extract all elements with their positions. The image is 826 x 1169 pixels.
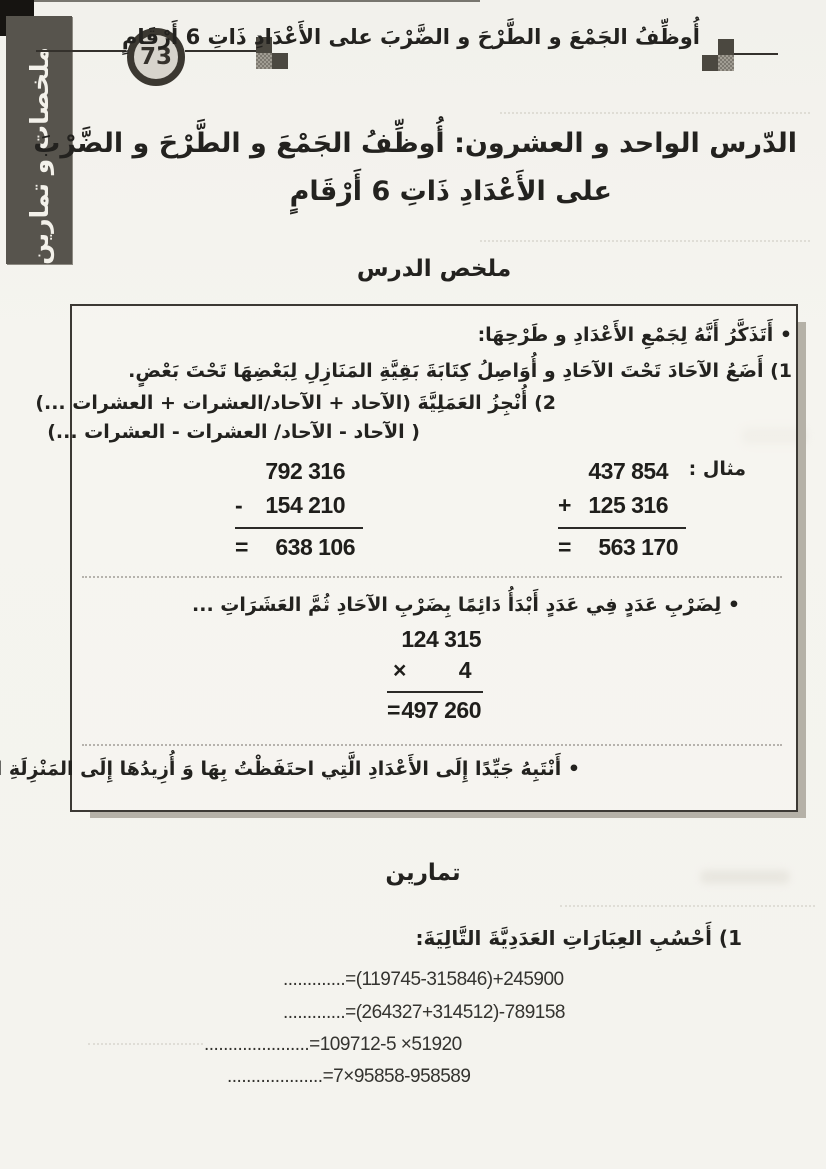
header-rule-middle: [185, 50, 256, 52]
equals-sign: =: [235, 532, 248, 562]
multiplication-operand-2: 4: [459, 655, 471, 686]
subtraction-operand-2-row: - 154 210: [235, 488, 363, 522]
expression-line: .............=(264327+314512)-789158: [283, 1002, 565, 1024]
multiplication-result: 497 260: [401, 696, 481, 725]
multiplication-calculation: 124 315 × 4 = 497 260: [387, 624, 483, 725]
multiplication-result-row: = 497 260: [387, 691, 483, 725]
example-label: مثال :: [689, 458, 746, 480]
minus-operator: -: [235, 488, 242, 522]
lesson-summary-box: • أَتَذَكَّرُ أَنَّهُ لِجَمْعِ الأَعْدَا…: [70, 304, 798, 812]
addition-operand-2: 125 316: [588, 488, 668, 522]
addition-operand-2-row: + 125 316: [558, 488, 686, 522]
summary-heading: ملخص الدرس: [70, 256, 798, 282]
addition-result: 563 170: [598, 532, 678, 562]
bleed-artifact: [88, 1043, 203, 1045]
addition-calculation: 437 854 + 125 316 = 563 170: [558, 454, 686, 562]
expression-line: ......................=109712-5 ×51920: [204, 1034, 462, 1056]
bleed-artifact: [480, 240, 810, 242]
subtraction-result-row: = 638 106: [235, 527, 363, 562]
times-operator: ×: [393, 655, 406, 686]
multiplication-operand-1: 124 315: [387, 624, 483, 655]
summary-step-1: 1) أَضَعُ الآحَادَ تَحْتَ الآحَادِ و أُو…: [128, 360, 792, 382]
equals-sign: =: [387, 696, 400, 725]
summary-rule-carry: • أَنْتَبِهُ جَيِّدًا إِلَى الأَعْدَادِ …: [0, 758, 580, 780]
scan-top-edge: [30, 0, 480, 2]
deco-square-icon: [718, 55, 734, 71]
addition-operand-1: 437 854: [558, 454, 686, 488]
lesson-title-line1: الدّرس الواحد و العشرون: أُوظِّفُ الجَمْ…: [33, 128, 797, 159]
summary-step-2: 2) أُنْجِزُ العَمَلِيَّةَ (الآحاد + الآح…: [35, 392, 556, 414]
expression-line: .............=(119745-315846)+245900: [283, 969, 564, 991]
summary-step-2b: ( الآحاد - الآحاد/ العشرات - العشرات ...…: [47, 421, 420, 443]
deco-square-icon: [256, 53, 272, 69]
addition-result-row: = 563 170: [558, 527, 686, 562]
deco-square-icon: [702, 55, 718, 71]
dotted-separator: [82, 744, 782, 746]
header-rule-left: [36, 50, 126, 52]
subtraction-operand-2: 154 210: [265, 488, 345, 522]
summary-rule-addition: • أَتَذَكَّرُ أَنَّهُ لِجَمْعِ الأَعْدَا…: [478, 324, 792, 346]
dotted-separator: [82, 576, 782, 578]
subtraction-operand-1: 792 316: [235, 454, 363, 488]
scanned-page: ملخصات و تمارين 73 أُوظِّفُ الجَمْعَ و ا…: [0, 0, 826, 1169]
deco-square-icon: [718, 39, 734, 55]
header-rule-right: [734, 53, 778, 55]
bleed-artifact: [500, 112, 810, 114]
equals-sign: =: [558, 532, 571, 562]
subtraction-result: 638 106: [275, 532, 355, 562]
subtraction-calculation: 792 316 - 154 210 = 638 106: [235, 454, 363, 562]
expression-line: ....................=7×95858-958589: [227, 1066, 470, 1088]
plus-operator: +: [558, 488, 571, 522]
summary-rule-multiplication: • لِضَرْبِ عَدَدٍ فِي عَدَدٍ أَبْدَأُ دَ…: [192, 594, 740, 616]
deco-square-icon: [272, 53, 288, 69]
bleed-artifact: [560, 905, 815, 907]
exercises-heading: تمارين: [60, 860, 786, 886]
multiplication-operand-2-row: × 4: [387, 655, 483, 686]
lesson-title-line2: على الأَعْدَادِ ذَاتِ 6 أَرْقَامٍ: [290, 176, 612, 207]
running-header-title: أُوظِّفُ الجَمْعَ و الطَّرْحَ و الضَّرْب…: [122, 25, 700, 49]
question-1-label: 1) أَحْسُبِ العِبَارَاتِ العَدَدِيَّةَ ا…: [416, 926, 742, 950]
